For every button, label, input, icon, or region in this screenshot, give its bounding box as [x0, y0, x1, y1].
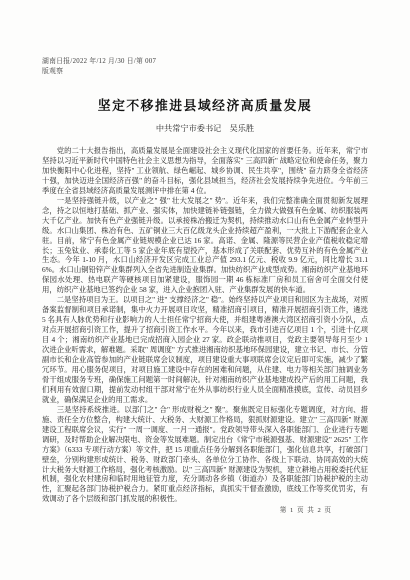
source-header-line2: 版观察	[42, 67, 368, 77]
source-header: 湖南日报/2022 年/12 月/30 日/第 007 版观察	[42, 57, 368, 77]
article-paragraph: 三是坚持系统推进。以部门之" 合" 形成财税之" 聚"。聚焦既定目标强化专题调度…	[42, 405, 368, 505]
article-paragraph: 一是坚持强链升级，以产业之" 强" 壮大发展之" 势"。近年来，我们完整准确全面…	[42, 196, 368, 296]
document-page: 湖南日报/2022 年/12 月/30 日/第 007 版观察 坚定不移推进县域…	[0, 0, 410, 580]
article-body: 党的二十大报告指出，高质量发展是全面建设社会主义现代化国家的首要任务。近年来，常…	[42, 146, 368, 504]
article-byline: 中共常宁市委书记 吴乐胜	[0, 123, 410, 134]
article-title: 坚定不移推进县域经济高质量发展	[0, 95, 410, 114]
page-number-footer: 第 1 页 共 2 页	[0, 504, 332, 514]
source-header-line1: 湖南日报/2022 年/12 月/30 日/第 007	[42, 57, 368, 67]
article-paragraph: 二是坚持项目为王。以项目之" 进" 支撑经济之" 稳"。始终坚持以产业项目和园区…	[42, 295, 368, 404]
article-paragraph: 党的二十大报告指出，高质量发展是全面建设社会主义现代化国家的首要任务。近年来，常…	[42, 146, 368, 196]
